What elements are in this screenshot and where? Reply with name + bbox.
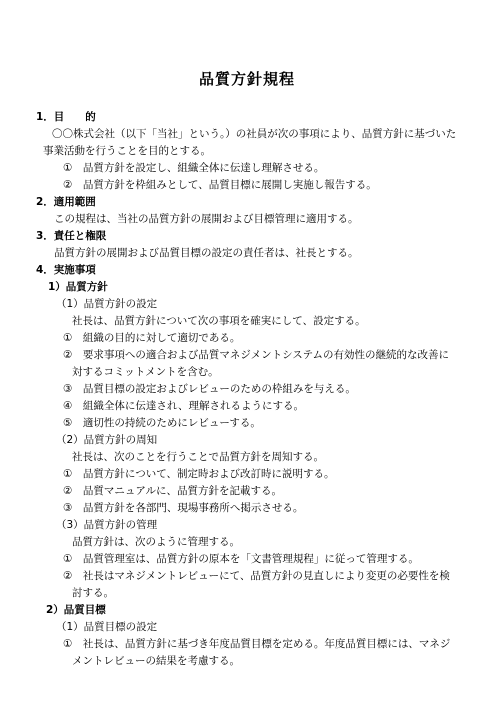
text-line: 事業活動を行うことを目的とする。 (43, 144, 211, 158)
text-line: ② 品質方針を枠組みとして、品質目標に展開し実施し報告する。 (63, 178, 377, 192)
text-line: 討する。 (72, 586, 114, 600)
text-line: この規程は、当社の品質方針の展開および目標管理に適用する。 (54, 212, 359, 226)
text-line: ③ 品質方針を各部門、現場事務所へ掲示させる。 (63, 501, 303, 515)
text-line: ⑤ 適切性の持続のためにレビューする。 (63, 416, 261, 430)
text-line: ① 品質管理室は、品質方針の原本を「文書管理規程」に従って管理する。 (63, 552, 419, 566)
text-line: ② 社長はマネジメントレビューにて、品質方針の見直しにより変更の必要性を検 (63, 569, 450, 583)
document-title: 品質方針規程 (0, 68, 494, 89)
text-line: 〇〇株式会社（以下「当社」という。）の社員が次の事項により、品質方針に基づいた (52, 127, 456, 141)
text-line: 対するコミットメントを含む。 (72, 365, 219, 379)
text-line: ① 品質方針を設定し、組織全体に伝達し理解させる。 (63, 161, 324, 175)
text-line: ① 社長は、品質方針に基づき年度品質目標を定める。年度品質目標には、マネジ (63, 637, 450, 651)
text-line: 品質方針の展開および品質目標の設定の責任者は、社長とする。 (54, 246, 359, 260)
text-line: ① 品質方針について、制定時および改訂時に説明する。 (63, 467, 335, 481)
text-line: ② 品質マニュアルに、品質方針を記載する。 (63, 484, 282, 498)
section-heading: 1）品質方針 (48, 280, 108, 294)
section-heading: 4．実施事項 (36, 263, 96, 277)
text-line: （2）品質方針の周知 (56, 433, 157, 447)
text-line: メントレビューの結果を考慮する。 (72, 654, 240, 668)
text-line: ① 組織の目的に対して適切である。 (63, 331, 240, 345)
text-line: 品質方針は、次のように管理する。 (72, 535, 240, 549)
text-line: 社長は、次のことを行うことで品質方針を周知する。 (72, 450, 324, 464)
text-line: （1）品質目標の設定 (56, 620, 157, 634)
section-heading: 2．適用範囲 (36, 195, 96, 209)
section-heading: 1．目 的 (36, 110, 96, 124)
text-line: （1）品質方針の設定 (56, 297, 157, 311)
text-line: ② 要求事項への適合および品質マネジメントシステムの有効性の継続的な改善に (63, 348, 449, 362)
text-line: ③ 品質目標の設定およびレビューのための枠組みを与える。 (63, 382, 356, 396)
section-heading: 3．責任と権限 (36, 229, 106, 243)
text-line: （3）品質方針の管理 (56, 518, 157, 532)
text-line: ④ 組織全体に伝達され、理解されるようにする。 (63, 399, 304, 413)
text-line: 社長は、品質方針について次の事項を確実にして、設定する。 (72, 314, 366, 328)
section-heading: 2）品質目標 (46, 603, 106, 617)
